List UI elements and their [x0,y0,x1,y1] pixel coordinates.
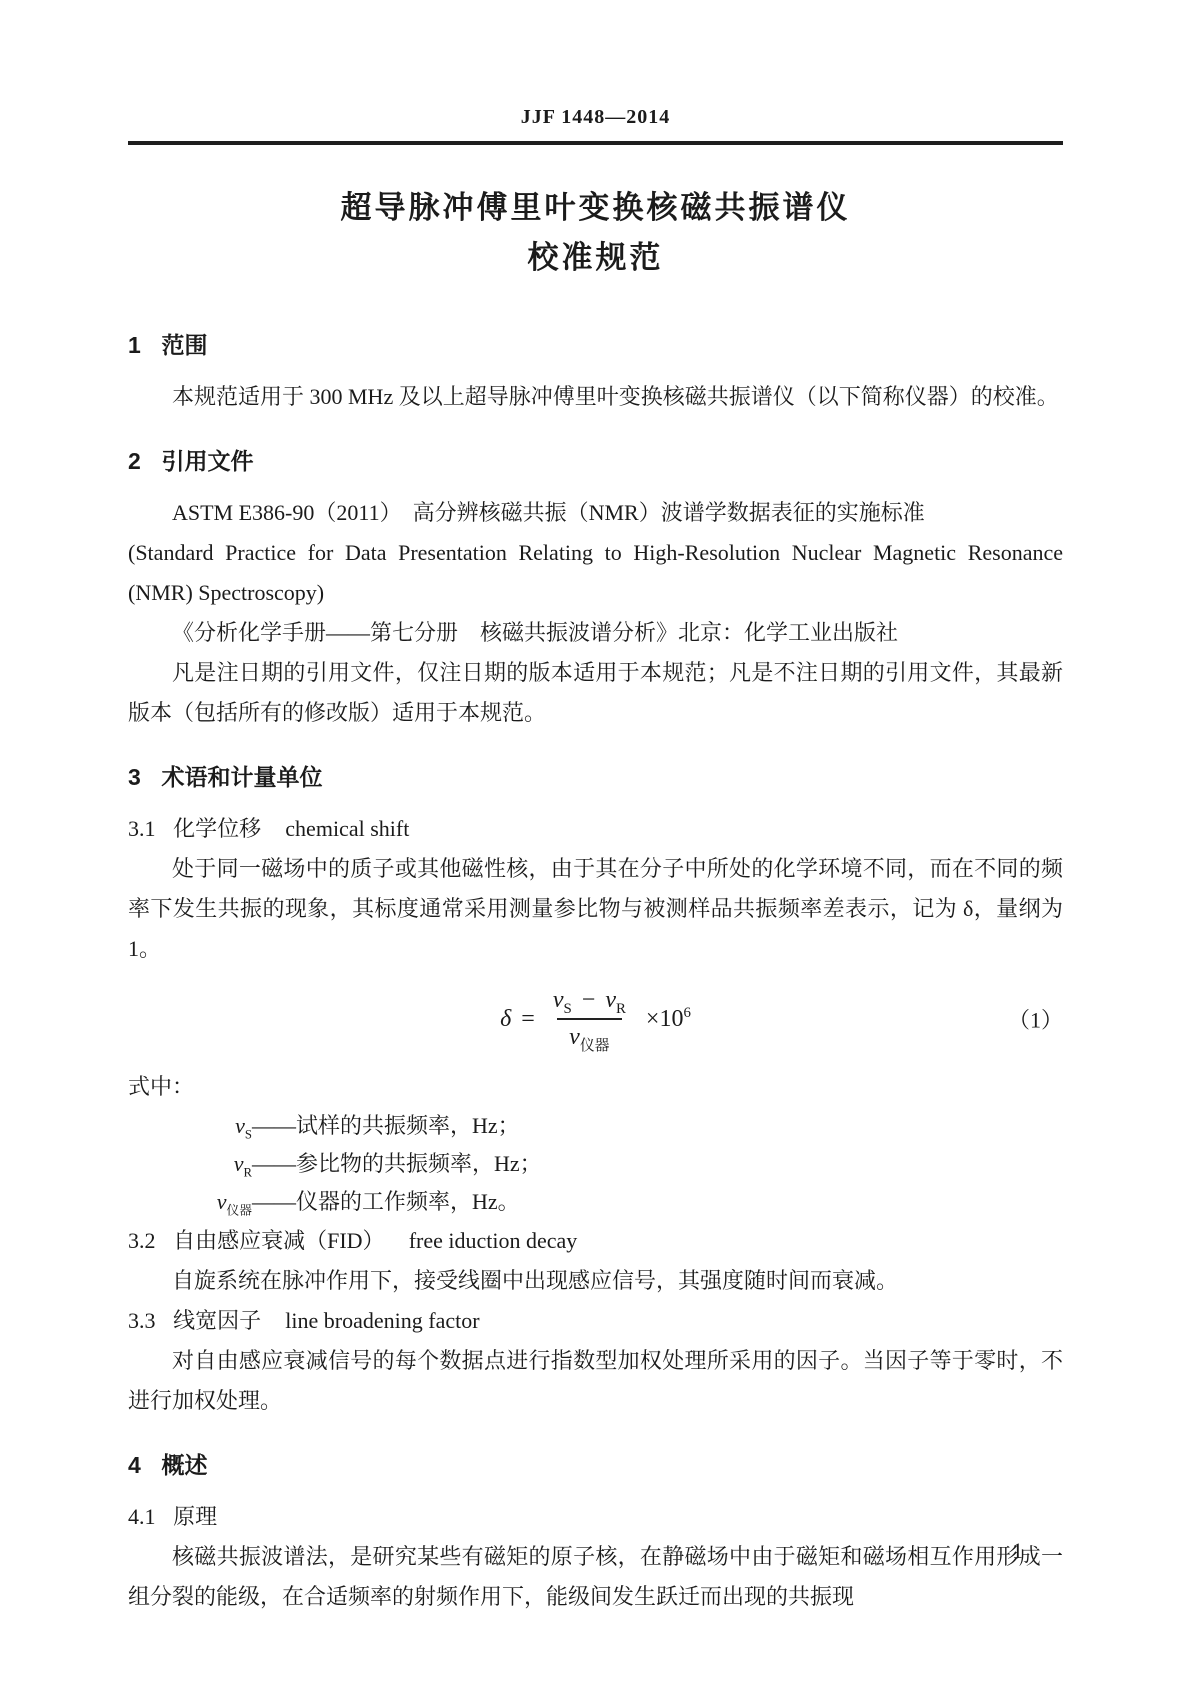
reference-handbook: 《分析化学手册——第七分册 核磁共振波谱分析》北京：化学工业出版社 [128,613,1063,653]
definition-text: 试样的共振频率，Hz； [296,1107,520,1145]
definition-symbol: ν仪器 [128,1183,252,1221]
section-1-heading: 1范围 [128,325,1063,365]
times-ten-power: ×106 [646,1006,691,1033]
equation-number: （1） [1008,1004,1063,1035]
definition-text: 参比物的共振频率，Hz； [296,1145,542,1183]
subsection-4-1-number: 4.1 [128,1504,156,1529]
fraction: νS−νR ν仪器 [545,987,634,1051]
definition-symbol: νR [128,1145,252,1183]
delta-symbol: δ [500,1006,511,1033]
definition-nu-instrument: ν仪器——仪器的工作频率，Hz。 [128,1183,1063,1221]
reference-astm-en: (Standard Practice for Data Presentation… [128,533,1063,613]
nu-symbol: ν [553,987,564,1013]
section-1-paragraph: 本规范适用于 300 MHz 及以上超导脉冲傅里叶变换核磁共振谱仪（以下简称仪器… [128,377,1063,417]
nu-symbol: ν [605,987,616,1013]
equation-body: δ = νS−νR ν仪器 ×106 [500,987,691,1051]
subsection-3-3-number: 3.3 [128,1308,156,1333]
subsection-4-1-paragraph: 核磁共振波谱法，是研究某些有磁矩的原子核，在静磁场中由于磁矩和磁场相互作用形成一… [128,1537,1063,1617]
nu-subscript-reference: R [616,1001,626,1017]
section-2-title: 引用文件 [161,448,253,474]
fraction-denominator: ν仪器 [557,1018,621,1051]
header-rule [128,141,1063,145]
subsection-3-2-term-en: free iduction decay [409,1228,578,1253]
document-page: JJF 1448—2014 超导脉冲傅里叶变换核磁共振谱仪 校准规范 1范围 本… [0,0,1191,1684]
equation-chemical-shift: δ = νS−νR ν仪器 ×106 （1） [128,977,1063,1061]
subsection-3-3-term-en: line broadening factor [285,1308,479,1333]
minus-sign: − [582,987,596,1013]
subsection-4-1-term-zh: 原理 [173,1504,217,1529]
definition-text: 仪器的工作频率，Hz。 [296,1183,520,1221]
subsection-3-2-term-zh: 自由感应衰减（FID） [173,1228,384,1253]
definition-nu-sample: νS——试样的共振频率，Hz； [128,1107,1063,1145]
subsection-3-3-paragraph: 对自由感应衰减信号的每个数据点进行指数型加权处理所采用的因子。当因子等于零时，不… [128,1341,1063,1421]
subsection-3-3-term-zh: 线宽因子 [173,1308,261,1333]
subsection-3-1-heading: 3.1化学位移chemical shift [128,809,1063,849]
subsection-4-1-heading: 4.1原理 [128,1497,1063,1537]
definition-symbol: νS [128,1107,252,1145]
nu-symbol: ν [569,1024,580,1050]
subsection-3-1-term-zh: 化学位移 [173,816,261,841]
subsection-3-2-number: 3.2 [128,1228,156,1253]
section-2-paragraph: 凡是注日期的引用文件，仅注日期的版本适用于本规范；凡是不注日期的引用文件，其最新… [128,653,1063,733]
reference-astm-zh: ASTM E386-90（2011） 高分辨核磁共振（NMR）波谱学数据表征的实… [172,500,925,525]
section-3-heading: 3术语和计量单位 [128,757,1063,797]
subsection-3-2-heading: 3.2自由感应衰减（FID）free iduction decay [128,1221,1063,1261]
subsection-3-2-paragraph: 自旋系统在脉冲作用下，接受线圈中出现感应信号，其强度随时间而衰减。 [128,1261,1063,1301]
doc-code-header: JJF 1448—2014 [128,104,1063,130]
subsection-3-3-heading: 3.3线宽因子line broadening factor [128,1301,1063,1341]
nu-subscript-sample: S [563,1001,571,1017]
section-1-title: 范围 [161,332,207,358]
section-1-number: 1 [128,332,141,358]
subsection-3-1-number: 3.1 [128,816,156,841]
document-title-line1: 超导脉冲傅里叶变换核磁共振谱仪 [128,183,1063,233]
fraction-numerator: νS−νR [545,987,634,1018]
exponent: 6 [683,1005,690,1021]
reference-astm: ASTM E386-90（2011） 高分辨核磁共振（NMR）波谱学数据表征的实… [128,493,1063,613]
section-2-heading: 2引用文件 [128,441,1063,481]
section-3-number: 3 [128,764,141,790]
subsection-3-1-paragraph: 处于同一磁场中的质子或其他磁性核，由于其在分子中所处的化学环境不同，而在不同的频… [128,849,1063,969]
section-4-heading: 4概述 [128,1445,1063,1485]
nu-subscript-instrument: 仪器 [580,1038,610,1054]
document-title-line2: 校准规范 [128,233,1063,283]
document-title: 超导脉冲傅里叶变换核磁共振谱仪 校准规范 [128,183,1063,283]
where-label: 式中： [128,1067,1063,1107]
base-ten: 10 [659,1006,683,1032]
times-sign: × [646,1006,660,1032]
section-2-number: 2 [128,448,141,474]
definition-dash: —— [252,1107,296,1145]
subsection-3-1-term-en: chemical shift [285,816,409,841]
definition-nu-reference: νR——参比物的共振频率，Hz； [128,1145,1063,1183]
definition-dash: —— [252,1183,296,1221]
section-4-number: 4 [128,1452,141,1478]
equals-sign: = [521,1006,535,1033]
definition-dash: —— [252,1145,296,1183]
section-4-title: 概述 [161,1452,207,1478]
section-3-title: 术语和计量单位 [161,764,322,790]
page-number: 1 [1012,1538,1023,1564]
